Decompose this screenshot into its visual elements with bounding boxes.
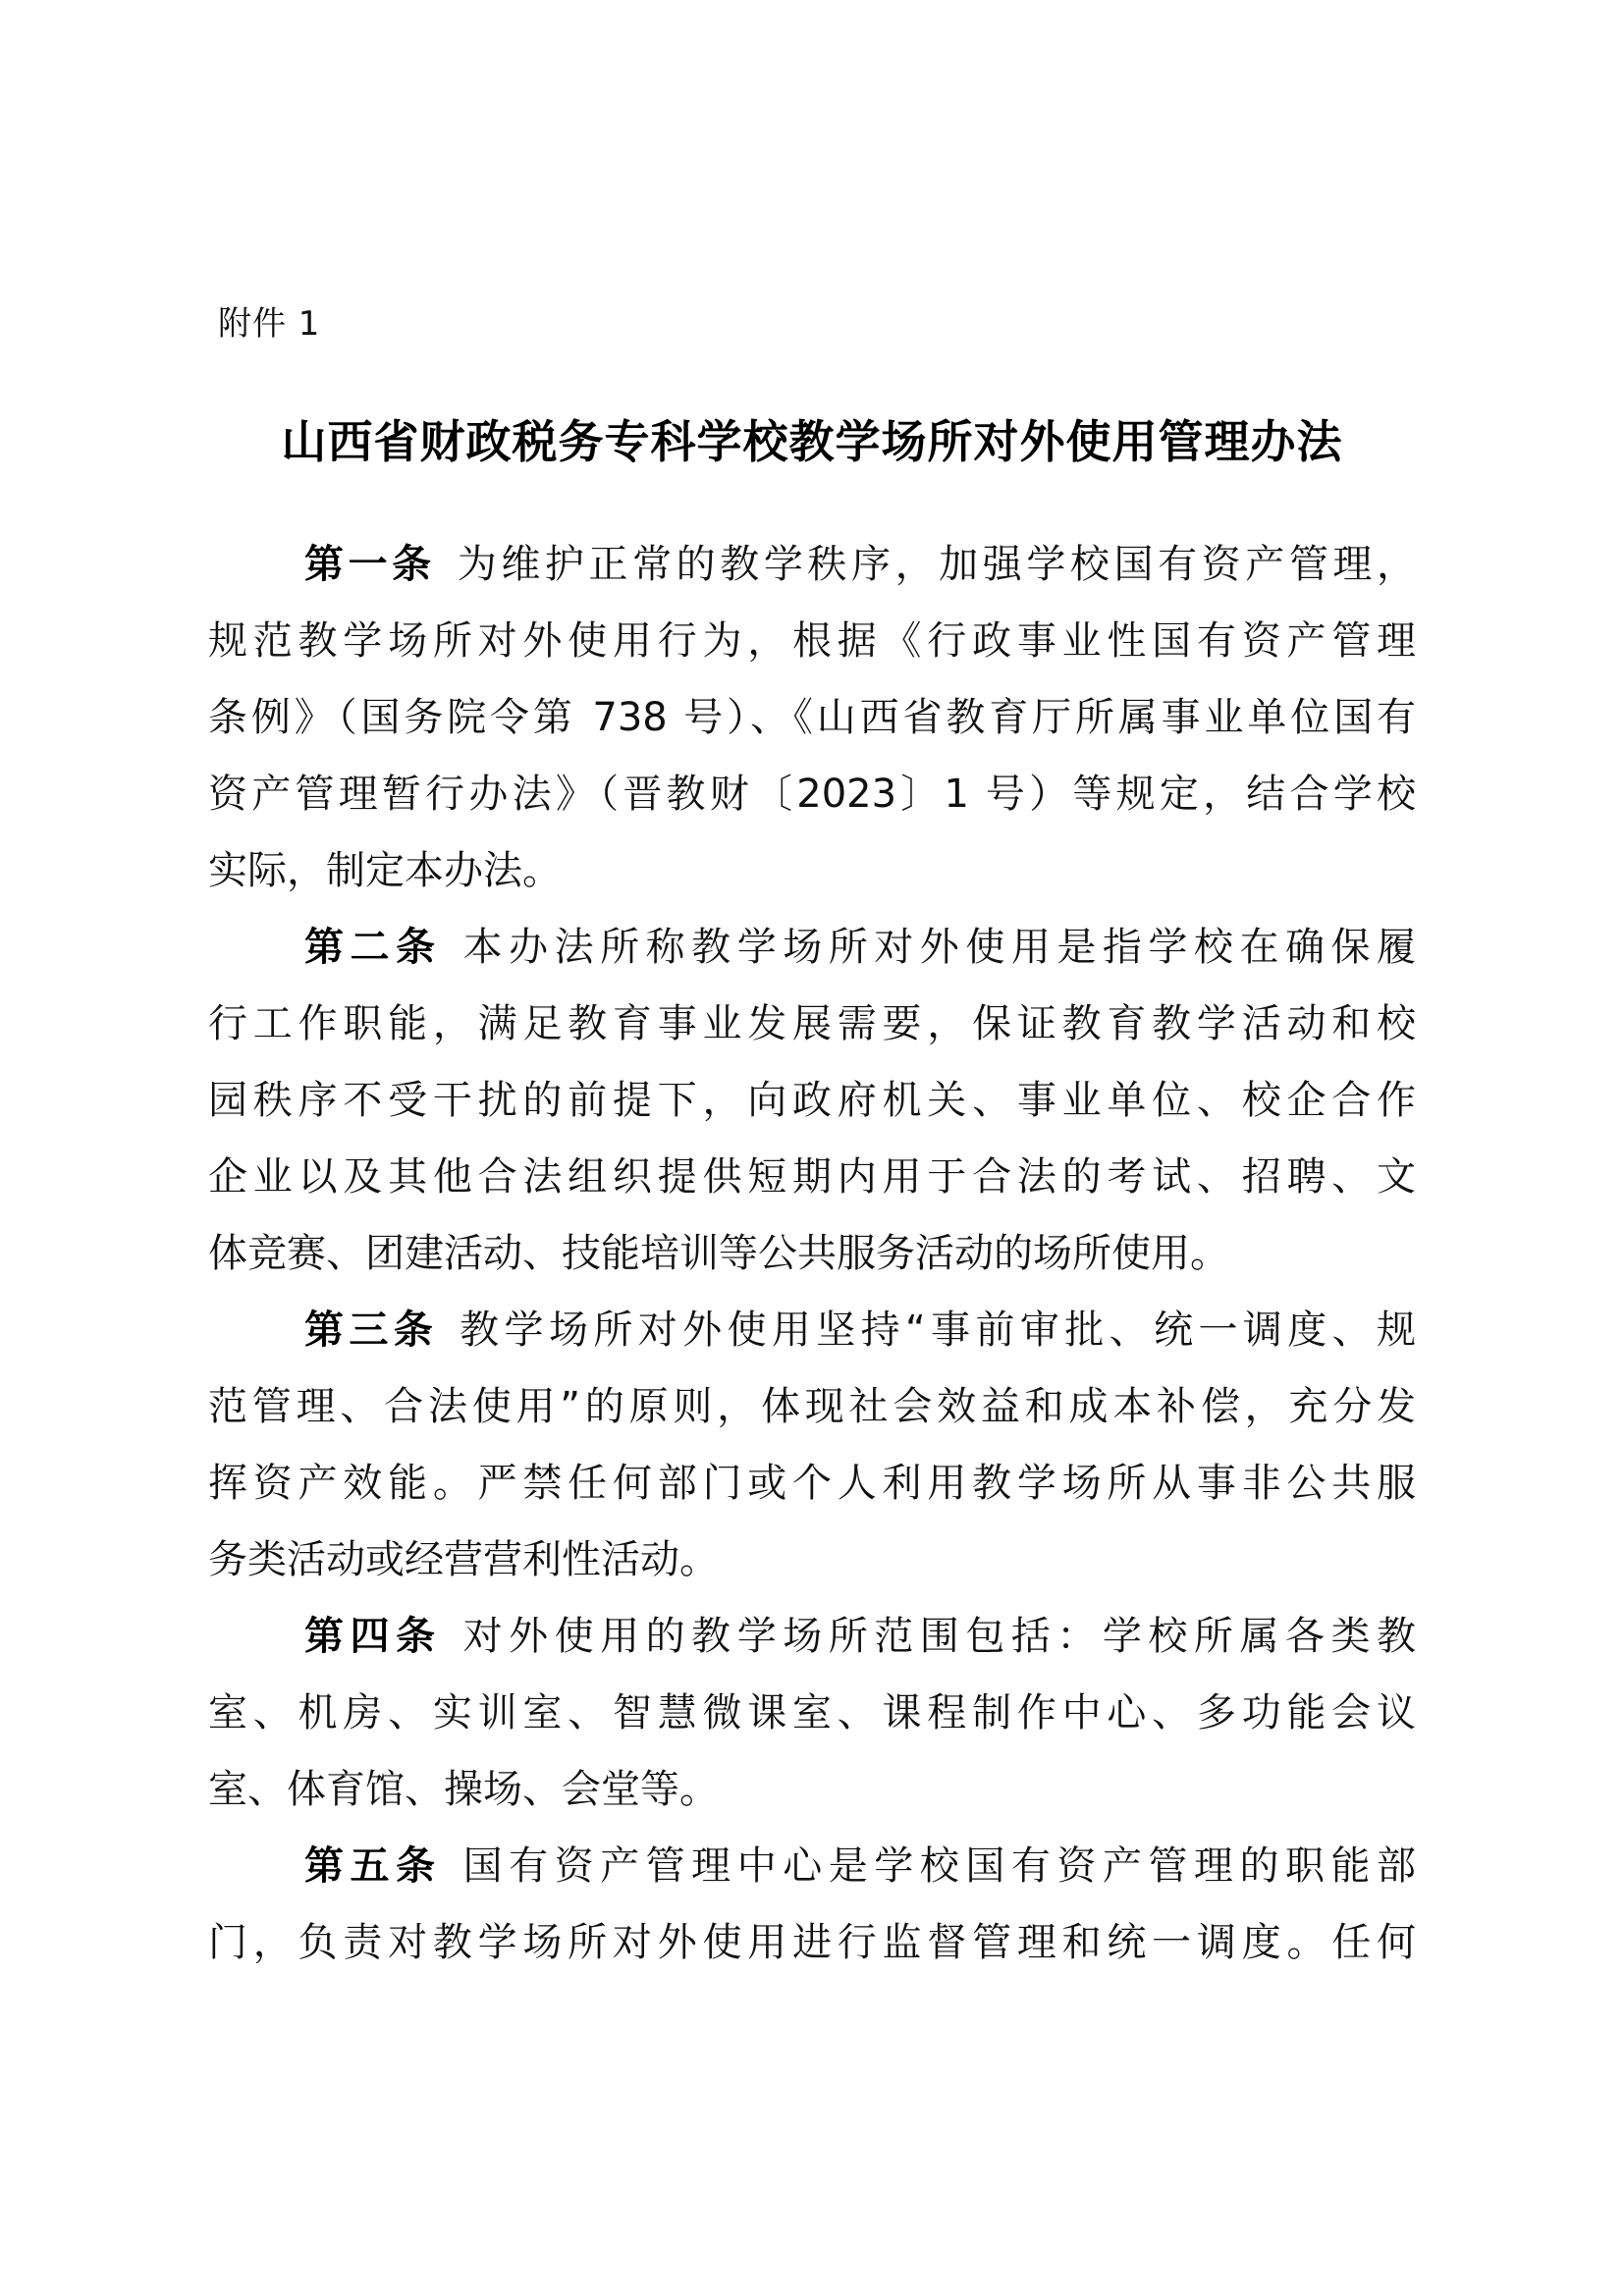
article-3-line-4: 务类活动或经营营利性活动。 xyxy=(208,1532,1416,1587)
article-number: 第三条 xyxy=(304,1308,438,1353)
article-1-line-5: 实际，制定本办法。 xyxy=(208,843,1416,898)
article-2-line-3: 园秩序不受干扰的前提下，向政府机关、事业单位、校企合作 xyxy=(208,1073,1416,1128)
article-4-line-3: 室、体育馆、操场、会堂等。 xyxy=(208,1762,1416,1817)
article-4-line-1: 第四条对外使用的教学场所范围包括：学校所属各类教 xyxy=(304,1609,1416,1664)
attachment-label: 附件 1 xyxy=(218,300,320,347)
article-2-line-4: 企业以及其他合法组织提供短期内用于合法的考试、招聘、文 xyxy=(208,1149,1416,1204)
article-text: 对外使用的教学场所范围包括：学校所属各类教 xyxy=(463,1614,1416,1659)
article-3-line-1: 第三条教学场所对外使用坚持“事前审批、统一调度、规 xyxy=(304,1303,1416,1358)
article-4-line-2: 室、机房、实训室、智慧微课室、课程制作中心、多功能会议 xyxy=(208,1685,1416,1740)
article-number: 第二条 xyxy=(304,925,442,970)
document-title: 山西省财政税务专科学校教学场所对外使用管理办法 xyxy=(0,410,1624,473)
article-2-line-1: 第二条本办法所称教学场所对外使用是指学校在确保履 xyxy=(304,920,1416,975)
article-5-line-2: 门，负责对教学场所对外使用进行监督管理和统一调度。任何 xyxy=(208,1915,1416,1970)
article-1-line-1: 第一条为维护正常的教学秩序，加强学校国有资产管理， xyxy=(304,537,1416,592)
article-2-line-5: 体竞赛、团建活动、技能培训等公共服务活动的场所使用。 xyxy=(208,1226,1416,1281)
article-1-line-2: 规范教学场所对外使用行为，根据《行政事业性国有资产管理 xyxy=(208,614,1416,668)
article-text: 本办法所称教学场所对外使用是指学校在确保履 xyxy=(463,925,1416,970)
article-number: 第五条 xyxy=(304,1843,442,1889)
article-3-line-2: 范管理、合法使用”的原则，体现社会效益和成本补偿，充分发 xyxy=(208,1379,1416,1434)
article-text: 教学场所对外使用坚持“事前审批、统一调度、规 xyxy=(460,1308,1416,1353)
article-3-line-3: 挥资产效能。严禁任何部门或个人利用教学场所从事非公共服 xyxy=(208,1456,1416,1511)
article-number: 第四条 xyxy=(304,1614,442,1659)
article-1-line-4: 资产管理暂行办法》（晋教财〔2023〕1 号）等规定，结合学校 xyxy=(208,767,1416,822)
article-1-line-3: 条例》（国务院令第 738 号）、《山西省教育厅所属事业单位国有 xyxy=(208,690,1416,745)
article-text: 为维护正常的教学秩序，加强学校国有资产管理， xyxy=(458,542,1416,587)
article-number: 第一条 xyxy=(304,542,436,587)
document-page: 附件 1 山西省财政税务专科学校教学场所对外使用管理办法 第一条为维护正常的教学… xyxy=(0,0,1624,2296)
article-text: 国有资产管理中心是学校国有资产管理的职能部 xyxy=(463,1843,1416,1889)
article-5-line-1: 第五条国有资产管理中心是学校国有资产管理的职能部 xyxy=(304,1839,1416,1894)
article-2-line-2: 行工作职能，满足教育事业发展需要，保证教育教学活动和校 xyxy=(208,996,1416,1051)
